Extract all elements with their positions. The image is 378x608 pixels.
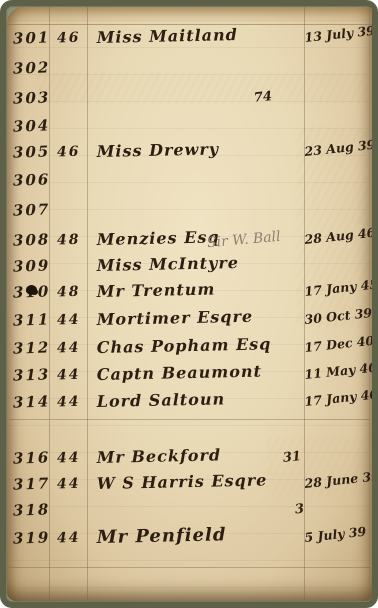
entry-number: 307 [13, 196, 50, 223]
entry-annotation-number: 31 [282, 444, 303, 472]
entry-number: 308 [13, 226, 50, 253]
entry-second-number: 48 [57, 278, 88, 305]
entry-name: Chas Popham Esq [96, 331, 271, 361]
entry-second-number: 44 [57, 334, 88, 361]
entry-name: Mortimer Esqre [96, 304, 253, 333]
entry-number: 313 [13, 361, 50, 388]
entry-number: 303 [13, 84, 50, 111]
ledger-row: 314 44 Lord Saltoun 17 Jany 40 [7, 389, 372, 415]
entry-name: Mr Beckford [96, 442, 221, 471]
ledger-row: 309 Miss McIntyre [7, 253, 372, 279]
ledger-row: 307 [7, 197, 372, 223]
entry-name: Miss McIntyre [96, 250, 239, 279]
entry-second-number: 44 [57, 388, 88, 415]
entry-number: 314 [13, 388, 50, 415]
entry-annotation-number: 74 [253, 84, 274, 112]
ledger-row: 313 44 Captn Beaumont 11 May 40 [7, 362, 372, 388]
ledger-row: 310 48 Mr Trentum 17 Jany 45 [7, 279, 372, 305]
ledger-row: 311 44 Mortimer Esqre 30 Oct 39 [7, 307, 372, 333]
entry-annotation-number: 3 [294, 497, 306, 524]
ledger-page-scan: 301 46 Miss Maitland 13 July 39 302 303 … [0, 0, 378, 608]
ledger-row: 316 44 Mr Beckford 31 [7, 445, 372, 471]
entry-second-number: 44 [57, 444, 88, 471]
entry-second-number: 46 [57, 24, 88, 51]
entry-number: 309 [13, 252, 50, 279]
ledger-row: 304 [7, 113, 372, 139]
ledger-row: 308 48 Menzies Esq Sir W. Ball 28 Aug 46 [7, 227, 372, 253]
entry-name: Miss Drewry [96, 136, 219, 165]
entry-second-number: 48 [57, 226, 88, 253]
ledger-row: 318 3 [7, 497, 372, 523]
ledger-row: 302 [7, 55, 372, 81]
entry-number: 301 [13, 24, 50, 51]
entry-number: 316 [13, 444, 50, 471]
entry-number: 319 [13, 524, 50, 551]
ledger-row: 305 46 Miss Drewry 23 Aug 39 [7, 139, 372, 165]
ink-blot [26, 285, 37, 295]
entry-second-number: 46 [57, 138, 88, 165]
ledger-row: 306 [7, 167, 372, 193]
entry-second-number: 44 [57, 470, 88, 497]
ledger-row-blank [7, 417, 372, 443]
entry-number: 312 [13, 334, 50, 361]
entry-name: W S Harris Esqre [96, 467, 267, 497]
entry-second-number: 44 [57, 524, 88, 551]
entry-second-number: 44 [57, 361, 88, 388]
photo-frame: 301 46 Miss Maitland 13 July 39 302 303 … [0, 0, 378, 608]
entry-name: Mr Penfield [96, 522, 226, 551]
entry-name: Lord Saltoun [96, 386, 225, 415]
entry-name: Menzies Esq [96, 224, 219, 253]
ledger-paper: 301 46 Miss Maitland 13 July 39 302 303 … [7, 7, 372, 601]
entry-name: Mr Trentum [96, 277, 215, 305]
entry-number: 318 [13, 496, 50, 523]
entry-number: 304 [13, 112, 50, 139]
entry-number: 311 [13, 306, 50, 333]
ledger-row: 303 74 [7, 85, 372, 111]
horizontal-rule [9, 567, 370, 568]
entry-number: 306 [13, 166, 50, 193]
entry-number: 302 [13, 54, 50, 81]
entry-number: 305 [13, 138, 50, 165]
ledger-row: 312 44 Chas Popham Esq 17 Dec 40 [7, 335, 372, 361]
entry-name: Captn Beaumont [96, 359, 262, 388]
ledger-row: 319 44 Mr Penfield 5 July 39 [7, 525, 372, 551]
entry-number: 317 [13, 470, 50, 497]
entry-second-number: 44 [57, 306, 88, 333]
ledger-row: 317 44 W S Harris Esqre 28 June 39 [7, 471, 372, 497]
ledger-row: 301 46 Miss Maitland 13 July 39 [7, 25, 372, 51]
entry-name: Miss Maitland [96, 22, 238, 51]
